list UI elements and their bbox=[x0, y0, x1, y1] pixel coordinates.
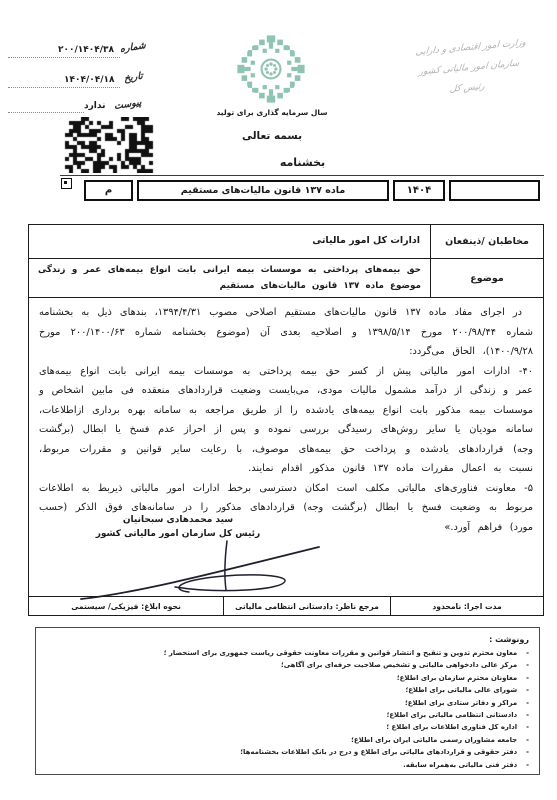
cc-item: -معاونان محترم سازمان برای اطلاع؛ bbox=[42, 672, 529, 684]
footer-info-row: مدت اجرا: نامحدود مرجع ناظر: دادستانی ان… bbox=[29, 596, 543, 615]
cc-item-bullet: - bbox=[526, 734, 529, 746]
attachment-value: ندارد bbox=[84, 101, 105, 111]
cc-item-text: معاون محترم تدوین و تنقیح و انتشار قوانی… bbox=[164, 647, 517, 659]
registration-mark-icon bbox=[61, 178, 72, 189]
cc-item: -مراکز و دفاتر ستادی برای اطلاع؛ bbox=[42, 697, 529, 709]
cc-item-text: دادستانی انتظامی مالیاتی برای اطلاع؛ bbox=[387, 709, 518, 721]
letterhead: وزارت امور اقتصادی و دارایی سازمان امور … bbox=[396, 31, 543, 104]
slogan-text: سال سرمایه گذاری برای تولید bbox=[198, 108, 346, 117]
cc-item-bullet: - bbox=[526, 672, 529, 684]
date-label: تاریخ bbox=[124, 70, 143, 84]
cc-item-bullet: - bbox=[526, 746, 529, 758]
subject-label: موضوع bbox=[430, 259, 543, 297]
scanned-letter-page: شماره ۲۰۰/۱۴۰۴/۳۸ تاریخ ۱۴۰۴/۰۴/۱۸ پیوست… bbox=[0, 0, 557, 800]
signature-name: سید محمدهادی سبحانیان bbox=[73, 513, 283, 527]
letter-body: در اجرای مفاد ماده ۱۳۷ قانون مالیات‌های … bbox=[29, 298, 543, 537]
attachment-leader-line bbox=[8, 112, 84, 113]
cc-item: -مرکز عالی دادخواهی مالیاتی و تشخیص صلاح… bbox=[42, 659, 529, 671]
qr-code-icon bbox=[64, 117, 154, 173]
number-leader-line bbox=[8, 57, 120, 58]
body-paragraph-1: در اجرای مفاد ماده ۱۳۷ قانون مالیات‌های … bbox=[39, 303, 533, 362]
main-letter-box: مخاطبان /ذینفعان ادارات کل امور مالیاتی … bbox=[28, 224, 544, 616]
cc-item-text: اداره کل فناوری اطلاعات برای اطلاع ؛ bbox=[386, 721, 517, 733]
cc-item-bullet: - bbox=[526, 697, 529, 709]
signature-block: سید محمدهادی سبحانیان رئیس کل سازمان امو… bbox=[73, 513, 283, 541]
bulletin-subject-box: ماده ۱۳۷ قانون مالیات‌های مستقیم bbox=[137, 180, 389, 201]
footer-duration-cell: مدت اجرا: نامحدود bbox=[390, 597, 543, 615]
besmele-text: بسمه تعالی bbox=[198, 130, 346, 142]
bulletin-code-box: م bbox=[84, 180, 133, 201]
cc-item-bullet: - bbox=[526, 684, 529, 696]
cc-item-bullet: - bbox=[526, 659, 529, 671]
attachment-label: پیوست bbox=[114, 97, 142, 112]
cc-item-text: مراکز و دفاتر ستادی برای اطلاع؛ bbox=[405, 697, 517, 709]
cc-item-bullet: - bbox=[526, 709, 529, 721]
cc-item: -اداره کل فناوری اطلاعات برای اطلاع ؛ bbox=[42, 721, 529, 733]
audience-value: ادارات کل امور مالیاتی bbox=[29, 225, 430, 258]
tax-organization-logo-icon bbox=[232, 34, 310, 104]
signature-title: رئیس کل سازمان امور مالیاتی کشور bbox=[73, 527, 283, 541]
cc-item-text: جامعه مشاوران رسمی مالیاتی ایران برای اط… bbox=[351, 734, 517, 746]
bulletin-year-box: ۱۴۰۴ bbox=[393, 180, 445, 201]
number-label: شماره bbox=[120, 40, 146, 55]
audience-row: مخاطبان /ذینفعان ادارات کل امور مالیاتی bbox=[29, 225, 543, 259]
cc-item-text: شورای عالی مالیاتی برای اطلاع؛ bbox=[405, 684, 517, 696]
cc-item-text: مرکز عالی دادخواهی مالیاتی و تشخیص صلاحی… bbox=[281, 659, 517, 671]
audience-label: مخاطبان /ذینفعان bbox=[430, 225, 543, 258]
subject-row: موضوع حق بیمه‌های پرداختی به موسسات بیمه… bbox=[29, 259, 543, 298]
cc-item: -دفتر فنی مالیاتی به‌همراه سابقه. bbox=[42, 759, 529, 771]
cc-item-bullet: - bbox=[526, 647, 529, 659]
cc-item: -معاون محترم تدوین و تنقیح و انتشار قوان… bbox=[42, 647, 529, 659]
cc-item: -جامعه مشاوران رسمی مالیاتی ایران برای ا… bbox=[42, 734, 529, 746]
cc-item-text: معاونان محترم سازمان برای اطلاع؛ bbox=[397, 672, 517, 684]
cc-item-text: دفتر حقوقی و قراردادهای مالیاتی برای اطل… bbox=[240, 746, 517, 758]
date-leader-line bbox=[8, 87, 120, 88]
number-value: ۲۰۰/۱۴۰۴/۳۸ bbox=[58, 45, 114, 55]
footer-supervisor-cell: مرجع ناظر: دادستانی انتظامی مالیاتی bbox=[223, 597, 390, 615]
bulletin-title: بخشنامه bbox=[230, 156, 375, 169]
body-paragraph-2: ۴۰- ادارات امور مالیاتی پیش از کسر حق بی… bbox=[39, 362, 533, 479]
cc-item: -دفتر حقوقی و قراردادهای مالیاتی برای اط… bbox=[42, 746, 529, 758]
date-value: ۱۴۰۴/۰۴/۱۸ bbox=[64, 75, 115, 85]
cc-item-bullet: - bbox=[526, 721, 529, 733]
cc-item-text: دفتر فنی مالیاتی به‌همراه سابقه. bbox=[403, 759, 517, 771]
cc-item-bullet: - bbox=[526, 759, 529, 771]
cc-item: -شورای عالی مالیاتی برای اطلاع؛ bbox=[42, 684, 529, 696]
cc-box: رونوشت : -معاون محترم تدوین و تنقیح و ان… bbox=[35, 627, 540, 775]
footer-notification-cell: نحوه ابلاغ: فیزیکی/ سیستمی bbox=[29, 597, 223, 615]
cc-title: رونوشت : bbox=[42, 633, 529, 647]
cc-item: -دادستانی انتظامی مالیاتی برای اطلاع؛ bbox=[42, 709, 529, 721]
subject-value: حق بیمه‌های پرداختی به موسسات بیمه ایران… bbox=[29, 259, 430, 297]
bulletin-empty-box bbox=[449, 180, 540, 201]
bulletin-row-topline bbox=[60, 175, 544, 176]
